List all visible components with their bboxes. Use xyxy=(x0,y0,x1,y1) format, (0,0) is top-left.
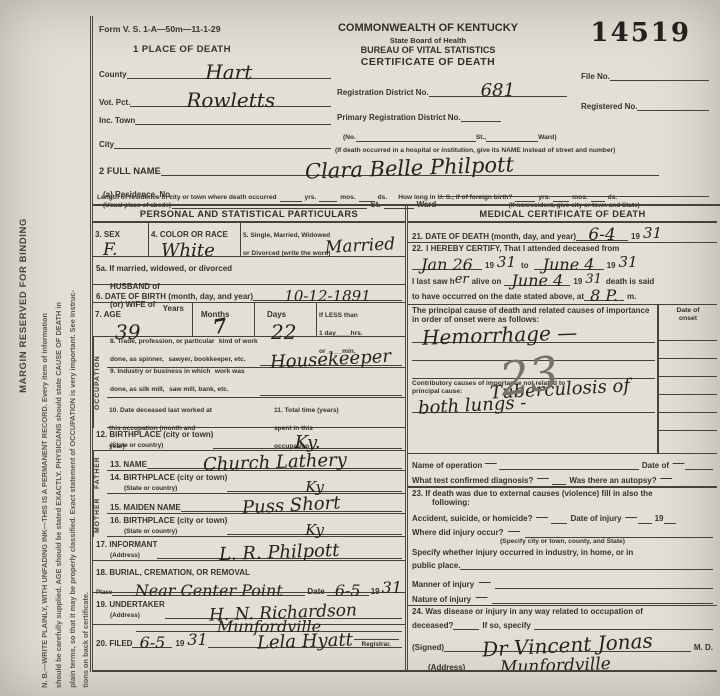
lastsaw-er: er xyxy=(455,273,469,286)
certify-block: 22. I HEREBY CERTIFY, That I attended de… xyxy=(408,243,717,305)
occupation-rows: 8. Trade, profession, or particular kind… xyxy=(107,337,405,428)
father-bp-label: 14. BIRTHPLACE (city or town) xyxy=(110,473,227,482)
form-number: Form V. S. 1-A—50m—11-1-29 xyxy=(99,24,220,34)
bureau-subtitle: BUREAU OF VITAL STATISTICS xyxy=(291,45,565,56)
last-worked-1: 10. Date deceased last worked at xyxy=(109,407,212,414)
trade-label-1: 8. Trade, profession, or particular xyxy=(110,338,214,345)
medical-title: MEDICAL CERTIFICATE OF DEATH xyxy=(408,206,717,223)
mother-side-label: MOTHER xyxy=(93,494,107,537)
industry-label-3: saw mill, bank, etc. xyxy=(169,386,229,393)
length-mos-line xyxy=(319,192,337,202)
margin-note-line4: tions on back of certificate. xyxy=(81,592,90,688)
city-row: City xyxy=(99,140,331,149)
marital-cell: 5. Single, Married, Widowed or Divorced … xyxy=(241,223,405,256)
dod-value: 6-4 xyxy=(588,227,615,244)
attended-from-value: Jan 26 xyxy=(421,257,473,273)
dob-row: 6. DATE OF BIRTH (month, day, and year) … xyxy=(93,285,405,303)
signed-label: (Signed) xyxy=(412,643,444,652)
time-line: 8 P. xyxy=(584,288,624,301)
place-of-death-title: 1 PLACE OF DEATH xyxy=(133,44,231,55)
sex-cell: 3. SEX F. xyxy=(93,223,149,256)
filed-row: 20. FILED 6-5 19 31 Lela Hyatt Registrar… xyxy=(93,625,405,649)
years-label: Years xyxy=(163,304,184,313)
no-line xyxy=(356,132,476,142)
signed-row: (Signed) Dr Vincent Jonas M. D. xyxy=(412,630,713,652)
accident-label: Accident, suicide, or homicide? xyxy=(412,514,532,523)
burial-row: 18. BURIAL, CREMATION, OR REMOVAL Place … xyxy=(93,561,405,593)
operation-dash: — xyxy=(484,457,497,470)
where-row: Where did injury occur? — xyxy=(412,524,713,538)
certify-line1: 22. I HEREBY CERTIFY, That I attended de… xyxy=(412,244,713,253)
filed-year-value: 31 xyxy=(187,632,207,648)
birthplace-row: 12. BIRTHPLACE (city or town) (State or … xyxy=(93,428,405,451)
primary-district-row: Primary Registration District No. xyxy=(337,112,567,122)
primary-district-label: Primary Registration District No. xyxy=(337,113,461,122)
howlong-ds: ds. xyxy=(608,194,618,202)
howlong-ds-line xyxy=(591,192,605,202)
test-autopsy-row: What test confirmed diagnosis? — Was the… xyxy=(408,471,717,488)
q5a-label: 5a. If married, widowed, or divorced xyxy=(96,264,232,273)
filed-date-value: 6-5 xyxy=(140,635,166,651)
external-label-2: following: xyxy=(432,498,713,507)
mother-bp-label: 16. BIRTHPLACE (city or town) xyxy=(110,516,227,525)
injury-year-printed: 19 xyxy=(655,514,664,523)
filed-year-printed: 19 xyxy=(175,639,184,648)
undertaker-label-stack: 19. UNDERTAKER (Address) xyxy=(96,594,165,619)
marital-label-1: 5. Single, Married, Widowed xyxy=(243,232,330,239)
operation-date-dash: — xyxy=(672,457,685,470)
injury-date-line xyxy=(638,514,652,524)
certify-number: 22. xyxy=(412,244,423,253)
length-mos: mos. xyxy=(340,194,355,202)
certify-text-1: I HEREBY CERTIFY, That I attended deceas… xyxy=(426,244,619,253)
howlong-yrs: yrs. xyxy=(538,194,550,202)
full-name-line: Clara Belle Philpott xyxy=(161,158,659,176)
registered-no-row: Registered No. xyxy=(581,102,709,111)
nature-row: Nature of injury — xyxy=(408,590,717,606)
death-said: death is said xyxy=(606,277,654,286)
sex-race-marital-row: 3. SEX F. 4. COLOR OR RACE White 5. Sing… xyxy=(93,223,405,257)
length-ds: ds. xyxy=(378,194,388,202)
where-label: Where did injury occur? xyxy=(412,528,504,537)
voting-precinct-value: Rowletts xyxy=(186,90,275,110)
full-name-value: Clara Belle Philpott xyxy=(305,154,515,182)
length-yrs: yrs. xyxy=(305,194,317,202)
father-side-label: FATHER xyxy=(93,451,107,494)
dob-line: 10-12-1891 xyxy=(253,289,402,301)
registered-no-line xyxy=(637,110,709,111)
lastsaw-value: June 4 xyxy=(512,273,564,289)
principal-cause-value: Hemorrhage — xyxy=(422,322,578,347)
specify-line xyxy=(460,569,713,570)
voting-precinct-line: Rowletts xyxy=(130,90,331,107)
undertaker-line: H. N. Richardson xyxy=(165,605,402,619)
father-block: FATHER 13. NAME Church Lathery 14. BIRTH… xyxy=(93,451,405,494)
st-label: St., xyxy=(476,134,486,142)
where-dash: — xyxy=(508,525,521,538)
mother-bp-line: Ky xyxy=(227,523,402,535)
nature-line xyxy=(492,603,713,604)
onset-label-2: onset xyxy=(659,315,717,323)
father-rows: 13. NAME Church Lathery 14. BIRTHPLACE (… xyxy=(107,451,405,494)
residence-line xyxy=(172,208,367,209)
filed-date-line: 6-5 xyxy=(132,635,172,648)
q24-label-1: 24. Was disease or injury in any way rel… xyxy=(412,607,713,616)
informant-label: 17. INFORMANT xyxy=(96,540,157,549)
onset-line-6 xyxy=(659,413,717,431)
physician-address-label: (Address) xyxy=(428,663,465,670)
operation-row: Name of operation — Date of — xyxy=(408,454,717,471)
full-name-row: 2 FULL NAME Clara Belle Philpott xyxy=(99,158,659,176)
injury-date-dash: — xyxy=(625,511,638,524)
no-label: (No. xyxy=(343,134,356,142)
attended-to-line: June 4 xyxy=(534,257,604,270)
voting-precinct-label: Vot. Pct. xyxy=(99,98,130,107)
to-word: to xyxy=(521,261,529,270)
birthplace-label: 12. BIRTHPLACE (city or town) xyxy=(96,430,213,439)
md-label: M. D. xyxy=(694,643,713,652)
q24-label-2: deceased? xyxy=(412,621,453,630)
autopsy-dash: — xyxy=(660,472,673,485)
test-line xyxy=(552,475,566,485)
nature-label: Nature of injury xyxy=(412,595,471,604)
father-bp-line: Ky xyxy=(227,480,402,492)
street-ward-row: (No. St., Ward) xyxy=(343,132,673,142)
county-label: County xyxy=(99,70,127,79)
how-long-label: How long in U. S., if of foreign birth? xyxy=(398,194,512,202)
industry-row: 9. Industry or business in which work wa… xyxy=(107,368,405,398)
howlong-mos-line xyxy=(553,192,569,202)
onset-label-1: Date of xyxy=(659,305,717,315)
occupation-side-label: OCCUPATION xyxy=(93,337,107,428)
burial-label: 18. BURIAL, CREMATION, OR REMOVAL xyxy=(96,568,250,577)
physician-address-row: (Address) Munfordville xyxy=(412,652,713,670)
principal-lead-1: The principal cause of death and related… xyxy=(412,306,655,315)
where-sublabel: (Specify city or town, county, and State… xyxy=(412,538,713,546)
birthplace-sublabel: (State or country) xyxy=(110,442,213,449)
autopsy-label: Was there an autopsy? xyxy=(569,476,656,485)
full-name-label: 2 FULL NAME xyxy=(99,165,161,176)
birthplace-line: Ky. xyxy=(213,434,402,449)
if-so-label: If so, specify xyxy=(482,621,530,630)
dod-year-printed: 19 xyxy=(631,232,640,241)
operation-date-label: Date of xyxy=(642,461,669,470)
father-birthplace-row: 14. BIRTHPLACE (city or town) (State or … xyxy=(107,471,405,494)
registration-district-row: Registration District No. 681 xyxy=(337,82,567,97)
total-time-cell: 11. Total time (years) spent in this occ… xyxy=(272,398,405,427)
onset-line-3 xyxy=(659,359,717,377)
time-value: 8 P. xyxy=(590,288,618,304)
informant-sublabel: (Address) xyxy=(110,552,157,559)
registration-district-line: 681 xyxy=(429,82,567,97)
informant-row: 17. INFORMANT (Address) L. R. Philpott xyxy=(93,537,405,561)
medical-column: MEDICAL CERTIFICATE OF DEATH 21. DATE OF… xyxy=(408,206,717,670)
certify-line3: I last saw h er alive on June 4 19 31 de… xyxy=(412,270,713,286)
attended-from-line: Jan 26 xyxy=(412,257,482,270)
sex-label: 3. SEX xyxy=(95,230,120,239)
signed-line: Dr Vincent Jonas xyxy=(444,635,691,652)
test-dash: — xyxy=(536,472,549,485)
registered-no-label: Registered No. xyxy=(581,102,637,111)
undertaker-label: 19. UNDERTAKER xyxy=(96,600,165,609)
to-year-value: 31 xyxy=(618,255,637,270)
q24-row-2: deceased? If so, specify xyxy=(412,616,713,630)
accident-line xyxy=(551,514,567,524)
length-ds-line xyxy=(359,192,375,202)
county-row: County Hart xyxy=(99,62,331,79)
city-label: City xyxy=(99,140,114,149)
dod-label: 21. DATE OF DEATH (month, day, and year) xyxy=(412,232,576,241)
husband-wife-row: 5a. If married, widowed, or divorced HUS… xyxy=(93,257,405,285)
city-line xyxy=(114,148,331,149)
if-less-2: 1 day____hrs. xyxy=(319,330,363,337)
manner-row: Manner of injury — xyxy=(408,574,717,590)
onset-line-5 xyxy=(659,395,717,413)
certificate-columns: PERSONAL AND STATISTICAL PARTICULARS 3. … xyxy=(93,206,717,672)
registrar-signature: Lela Hyatt xyxy=(257,631,353,652)
length-yrs-line xyxy=(280,192,302,202)
lastsaw-pre: I last saw h xyxy=(412,277,455,286)
length-of-residence-row: Length of residence in city or town wher… xyxy=(93,192,720,206)
specify-label-1: Specify whether injury occurred in indus… xyxy=(412,548,713,557)
days-label: Days xyxy=(267,310,286,319)
length-label: Length of residence in city or town wher… xyxy=(97,194,277,202)
operation-line xyxy=(499,469,639,470)
lastsaw-post: alive on xyxy=(472,277,502,286)
onset-line-1 xyxy=(659,323,717,341)
lastsaw-year-printed: 19 xyxy=(573,277,582,286)
header-center-block: COMMONWEALTH OF KENTUCKY State Board of … xyxy=(291,22,565,70)
occurred-label: to have occurred on the date stated abov… xyxy=(412,292,584,301)
commonwealth-title: COMMONWEALTH OF KENTUCKY xyxy=(291,22,565,36)
race-label: 4. COLOR OR RACE xyxy=(151,230,228,239)
industry-label-stack: 9. Industry or business in which work wa… xyxy=(110,360,260,396)
industry-label-1: 9. Industry or business in which xyxy=(110,368,210,375)
last-worked-cell: 10. Date deceased last worked at this oc… xyxy=(107,398,272,427)
dod-line: 6-4 xyxy=(576,227,628,241)
total-time-1: 11. Total time (years) xyxy=(274,407,339,414)
ward-label: Ward) xyxy=(538,134,556,142)
birthplace-label-stack: 12. BIRTHPLACE (city or town) (State or … xyxy=(96,424,213,449)
manner-label: Manner of injury xyxy=(412,580,474,589)
manner-dash: — xyxy=(478,576,491,589)
inc-town-row: Inc. Town xyxy=(99,116,331,125)
to-year-printed: 19 xyxy=(607,261,616,270)
marital-value: Married xyxy=(324,236,395,257)
undertaker-sublabel: (Address) xyxy=(110,612,165,619)
injury-year-line xyxy=(664,514,676,524)
occupation-block: OCCUPATION 8. Trade, profession, or part… xyxy=(93,337,405,428)
injury-date-label: Date of injury xyxy=(570,514,621,523)
specify-label-2: public place. xyxy=(412,561,460,570)
father-bp-sublabel: (State or country) xyxy=(124,485,227,492)
inc-town-label: Inc. Town xyxy=(99,116,135,125)
filed-label: 20. FILED xyxy=(96,639,132,648)
certificate-title: CERTIFICATE OF DEATH xyxy=(291,56,565,69)
race-cell: 4. COLOR OR RACE White xyxy=(149,223,241,256)
cause-of-death-block: The principal cause of death and related… xyxy=(408,305,717,454)
birthplace-value: Ky. xyxy=(295,434,321,452)
accident-row: Accident, suicide, or homicide? — Date o… xyxy=(412,508,713,524)
test-label: What test confirmed diagnosis? xyxy=(412,476,533,485)
serial-number: 14519 xyxy=(591,18,691,48)
board-subtitle: State Board of Health xyxy=(291,36,565,45)
m-label: m. xyxy=(627,292,636,301)
physician-address-value: Munfordville xyxy=(500,657,611,670)
file-no-line xyxy=(610,80,709,81)
file-no-row: File No. xyxy=(581,72,709,81)
trade-line: Housekeeper xyxy=(260,351,402,366)
age-label: 7. AGE xyxy=(95,310,121,319)
margin-note-line2: should be carefully supplied. AGE should… xyxy=(54,302,63,688)
certificate-header: Form V. S. 1-A—50m—11-1-29 1 PLACE OF DE… xyxy=(93,16,717,206)
voting-precinct-row: Vot. Pct. Rowletts xyxy=(99,90,331,107)
mother-block: MOTHER 15. MAIDEN NAME Puss Short 16. BI… xyxy=(93,494,405,537)
howlong-yrs-line xyxy=(515,192,535,202)
manner-line xyxy=(495,588,713,589)
informant-label-stack: 17. INFORMANT (Address) xyxy=(96,534,157,559)
county-value: Hart xyxy=(205,62,252,82)
accident-dash: — xyxy=(535,511,548,524)
external-label-1: 23. If death was due to external causes … xyxy=(412,489,713,498)
howlong-mos: mos. xyxy=(572,194,587,202)
industry-line xyxy=(260,395,402,396)
certificate-form: Form V. S. 1-A—50m—11-1-29 1 PLACE OF DE… xyxy=(90,16,717,672)
registrar-label: Registrar. xyxy=(354,639,399,649)
from-year-value: 31 xyxy=(497,255,516,270)
if-less-cell: If LESS than 1 day____hrs. or ____min. xyxy=(317,303,405,336)
cause-line-1: Hemorrhage — xyxy=(412,325,655,343)
marital-label-2: or Divorced (write the word) xyxy=(243,250,331,257)
county-line: Hart xyxy=(127,62,331,79)
lastsaw-line: June 4 xyxy=(504,273,570,286)
personal-column: PERSONAL AND STATISTICAL PARTICULARS 3. … xyxy=(93,206,408,670)
hospital-note: (If death occurred in a hospital or inst… xyxy=(335,147,713,155)
mother-rows: 15. MAIDEN NAME Puss Short 16. BIRTHPLAC… xyxy=(107,494,405,537)
certify-line2: Jan 26 19 31 to June 4 19 31 xyxy=(412,253,713,270)
binding-margin-label: MARGIN RESERVED FOR BINDING xyxy=(18,218,29,393)
date-of-onset-column: Date of onset xyxy=(657,305,717,453)
inc-town-line xyxy=(135,124,331,125)
date-of-death-row: 21. DATE OF DEATH (month, day, and year)… xyxy=(408,223,717,243)
external-causes-block: 23. If death was due to external causes … xyxy=(408,488,717,574)
lastsaw-year-value: 31 xyxy=(585,273,602,286)
cause-left: The principal cause of death and related… xyxy=(408,305,657,453)
father-bp-stack: 14. BIRTHPLACE (city or town) (State or … xyxy=(110,467,227,492)
death-certificate-scan: MARGIN RESERVED FOR BINDING N. B.—WRITE … xyxy=(0,0,720,696)
mother-bp-value: Ky xyxy=(305,523,324,538)
undertaker-row: 19. UNDERTAKER (Address) H. N. Richardso… xyxy=(93,593,405,625)
q24-line-a xyxy=(453,620,479,630)
operation-label: Name of operation xyxy=(412,461,482,470)
st-line xyxy=(486,132,538,142)
if-less-1: If LESS than xyxy=(319,312,358,319)
registration-district-value: 681 xyxy=(481,82,515,100)
undertaker-name-row: 19. UNDERTAKER (Address) H. N. Richardso… xyxy=(96,594,402,619)
file-no-label: File No. xyxy=(581,72,610,81)
age-days-cell: Days 22 xyxy=(255,303,317,336)
onset-line-2 xyxy=(659,341,717,359)
margin-note-line1: N. B.—WRITE PLAINLY, WITH UNFADING INK—T… xyxy=(40,313,49,688)
from-year-printed: 19 xyxy=(485,261,494,270)
occupation-related-block: 24. Was disease or injury in any way rel… xyxy=(408,606,717,670)
dob-label: 6. DATE OF BIRTH (month, day, and year) xyxy=(96,292,253,301)
operation-date-line xyxy=(685,460,713,470)
informant-line: L. R. Philpott xyxy=(157,544,402,559)
pencil-mark-23: 23 xyxy=(497,345,562,407)
dob-value: 10-12-1891 xyxy=(284,289,370,304)
dod-year-value: 31 xyxy=(643,226,662,241)
onset-line-4 xyxy=(659,377,717,395)
primary-district-line xyxy=(461,112,501,122)
mother-bp-stack: 16. BIRTHPLACE (city or town) (State or … xyxy=(110,510,227,535)
registration-district-label: Registration District No. xyxy=(337,88,429,97)
margin-note-line3: plain terms, so that it may be properly … xyxy=(68,290,77,688)
specify-row-2: public place. xyxy=(412,557,713,570)
nature-dash: — xyxy=(475,591,488,604)
